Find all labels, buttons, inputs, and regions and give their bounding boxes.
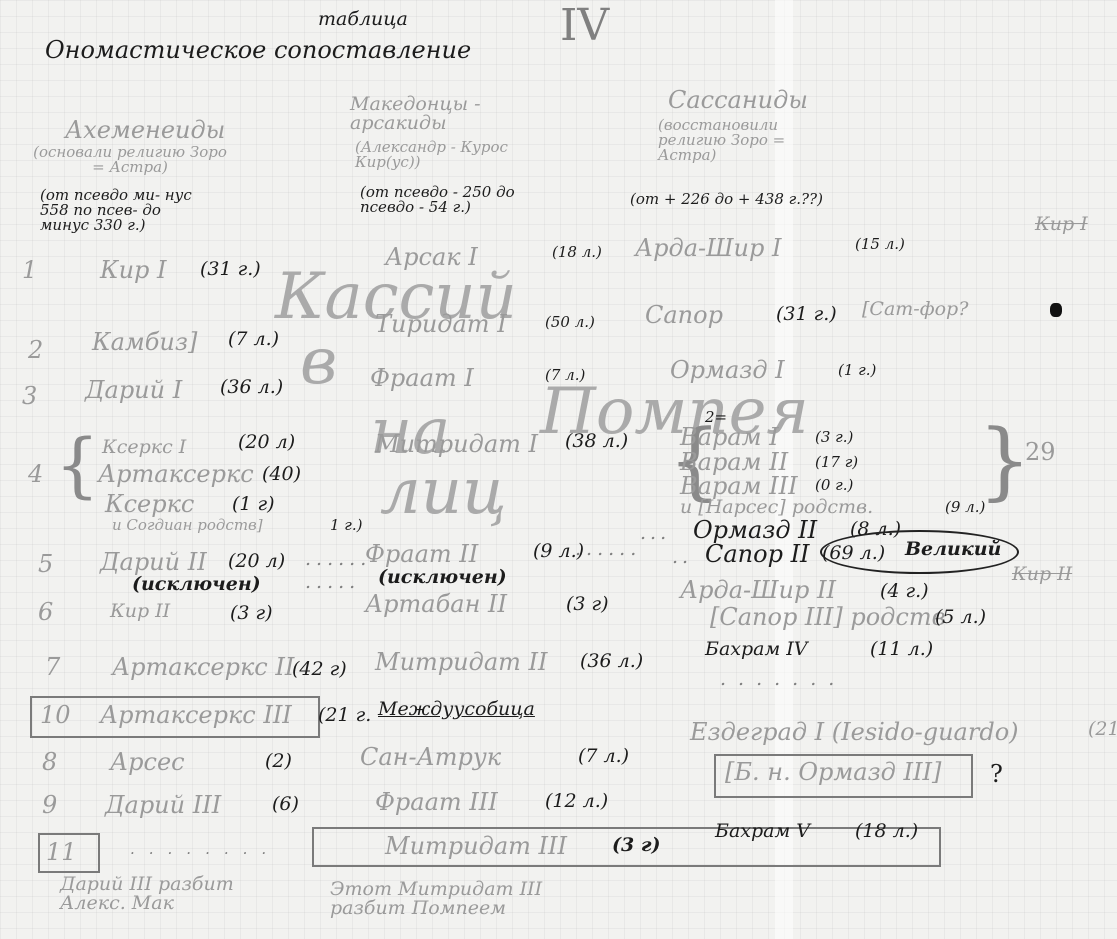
ruler-years: 1 г.) xyxy=(330,518,363,533)
row-number: 8 xyxy=(42,750,57,774)
ruler-years: (0 г.) xyxy=(815,478,853,493)
column-dates-sassanids: (от + 226 до + 438 г.??) xyxy=(630,192,823,207)
struck-margin-note: Кир I xyxy=(1035,215,1088,234)
row-number: 11 xyxy=(46,840,77,864)
overlay-word: в xyxy=(300,330,337,394)
excluded-note: (исключен) xyxy=(378,568,507,587)
ruler-name: Сан-Атрук xyxy=(360,745,501,769)
ruler-years: (11 л.) xyxy=(870,640,933,659)
overlay-word: лиц xyxy=(380,460,507,524)
ruler-name: Бахрам IV xyxy=(705,640,808,659)
ruler-years: (21 г. xyxy=(318,706,371,725)
ruler-years: (7 л.) xyxy=(228,330,279,349)
column-note-sassanids: (восстановили религию Зоро = Астра) xyxy=(658,118,828,163)
ruler-years: (7 л.) xyxy=(578,747,629,766)
ruler-name: Варам II xyxy=(680,450,788,474)
ruler-years: (7 л.) xyxy=(545,368,585,383)
ruler-years: (31 г.) xyxy=(200,260,261,279)
ink-blot xyxy=(1050,303,1062,317)
ruler-years: (3 г.) xyxy=(815,430,853,445)
ruler-name: Ездеград I (Iesido-guardo) xyxy=(690,720,1019,744)
struck-margin-note: Кир II xyxy=(1012,565,1072,584)
ruler-name: Митридат I xyxy=(375,432,538,456)
ruler-years: (31 г.) xyxy=(776,305,837,324)
row-number: 9 xyxy=(42,793,57,817)
column-dates-arsacids: (от псевдо - 250 до псевдо - 54 г.) xyxy=(360,185,550,215)
ruler-name: Митридат II xyxy=(375,650,547,674)
arsacids-footnote: Этот Митридат III разбит Помпеем xyxy=(330,880,620,918)
ruler-name: Кир II xyxy=(110,602,170,621)
table-number: IV xyxy=(560,4,609,48)
row-number: 7 xyxy=(45,655,60,679)
ruler-name: [Сапор III] родств xyxy=(710,605,946,629)
ruler-years: (20 л) xyxy=(228,552,285,571)
ruler-years: (1 г) xyxy=(232,495,275,514)
ruler-years: (3 г) xyxy=(612,836,661,855)
bracket-icon: } xyxy=(978,418,1031,502)
ruler-name: Тиридат I xyxy=(375,312,507,336)
dotted-leader: ...... xyxy=(575,540,641,559)
dotted-leader: ........ xyxy=(130,842,280,857)
ruler-name: Сапор II xyxy=(705,542,810,566)
column-dates-achaemenids: (от псевдо ми- нус 558 по псев- до минус… xyxy=(40,188,200,233)
column-header-arsacids: Македонцы - арсакиды xyxy=(350,95,540,133)
ruler-years: (17 г) xyxy=(815,455,858,470)
row-number: 3 xyxy=(22,384,37,408)
dotted-leader: ....... xyxy=(720,670,846,689)
ruler-name: Дарий II xyxy=(100,550,207,574)
excluded-note: (исключен) xyxy=(132,575,261,594)
ruler-name: Артаксеркс xyxy=(98,462,254,486)
column-note-arsacids: (Александр - Курос Кир(ус)) xyxy=(355,140,525,170)
row-number: 5 xyxy=(38,552,53,576)
ruler-name: Варам I xyxy=(680,425,779,449)
dotted-leader: .. xyxy=(672,548,692,567)
column-header-sassanids: Сассаниды xyxy=(668,88,808,112)
row-number: 6 xyxy=(38,600,53,624)
title-table-word: таблица xyxy=(318,10,408,29)
ruler-years: (15 л.) xyxy=(855,237,905,252)
ruler-name: Арда-Шир II xyxy=(680,578,836,602)
ruler-name: [Б. н. Ормазд III] xyxy=(725,760,941,784)
ruler-epithet: Великий xyxy=(905,540,1001,559)
ruler-years: (3 г) xyxy=(230,604,273,623)
ruler-name: Дарий I xyxy=(85,378,182,402)
ruler-years: (4 г.) xyxy=(880,582,929,601)
ruler-years: (18 л.) xyxy=(552,245,602,260)
question-mark: ? xyxy=(990,762,1003,786)
ruler-years: (20 л) xyxy=(238,433,295,452)
ruler-years: (38 л.) xyxy=(565,432,628,451)
ruler-years: (1 г.) xyxy=(838,363,876,378)
ruler-name: Арда-Шир I xyxy=(635,236,781,260)
ruler-name: Фраат II xyxy=(365,542,478,566)
ruler-name: Дарий III xyxy=(105,793,221,817)
ruler-years: (40) xyxy=(262,465,301,484)
ruler-name: Кир I xyxy=(100,258,167,282)
ruler-name: и Согдиан родств] xyxy=(112,518,263,533)
ruler-note: [Сат-фор? xyxy=(862,300,968,319)
ruler-name: Артаксеркс III xyxy=(100,703,292,727)
ruler-name: Арсак I xyxy=(385,245,478,269)
ruler-name: Артаксеркс II xyxy=(112,655,294,679)
ruler-name: Артабан II xyxy=(365,592,507,616)
row-number: 4 xyxy=(28,462,43,486)
achaemenids-footnote: Дарий III разбит Алекс. Мак xyxy=(60,875,280,913)
ruler-years: (5 л.) xyxy=(935,608,986,627)
ruler-years: (36 л.) xyxy=(220,378,283,397)
ruler-name: Фраат III xyxy=(375,790,498,814)
ruler-name: Ормазд II xyxy=(693,518,817,542)
ruler-name: Сапор xyxy=(645,303,723,327)
bracket-icon: { xyxy=(55,430,100,500)
ruler-years: (42 г) xyxy=(292,660,347,679)
ruler-years: (36 л.) xyxy=(580,652,643,671)
dotted-leader: ... xyxy=(640,524,670,543)
row-number: 10 xyxy=(40,703,71,727)
dotted-leader: ..... xyxy=(305,573,360,592)
ruler-name: Арсес xyxy=(110,750,185,774)
ruler-name: Митридат III xyxy=(385,834,567,858)
ruler-years: (50 л.) xyxy=(545,315,595,330)
ruler-years: (6) xyxy=(272,795,299,814)
ruler-years: (18 л.) xyxy=(855,822,918,841)
ruler-years: (21 xyxy=(1088,720,1117,739)
civil-war-note: Междуусобица xyxy=(378,700,535,719)
column-header-achaemenids: Ахеменеиды xyxy=(65,118,225,142)
column-note-achaemenids: (основали религию Зоро = Астра) xyxy=(30,145,230,175)
ruler-name: Ксеркс xyxy=(105,492,194,516)
ruler-name: Ормазд I xyxy=(670,358,785,382)
ruler-name: Бахрам V xyxy=(715,822,810,841)
ruler-years: (3 г) xyxy=(566,595,609,614)
row-number: 2 xyxy=(28,338,43,362)
ruler-years: (69 л.) xyxy=(822,544,885,563)
ruler-name: Фраат I xyxy=(370,366,474,390)
dotted-leader: ...... xyxy=(305,550,371,569)
ruler-years: (2) xyxy=(265,752,292,771)
ruler-name: Варам III xyxy=(680,474,798,498)
ruler-years: (12 л.) xyxy=(545,792,608,811)
row-number: 1 xyxy=(22,258,37,282)
ruler-name: и [Нарсес] родств. xyxy=(680,498,873,517)
ruler-name: Камбиз] xyxy=(92,330,197,354)
page-title: Ономастическое сопоставление xyxy=(45,38,471,62)
sum-note: 29 xyxy=(1025,440,1056,464)
ruler-name: Ксеркс I xyxy=(102,438,186,457)
